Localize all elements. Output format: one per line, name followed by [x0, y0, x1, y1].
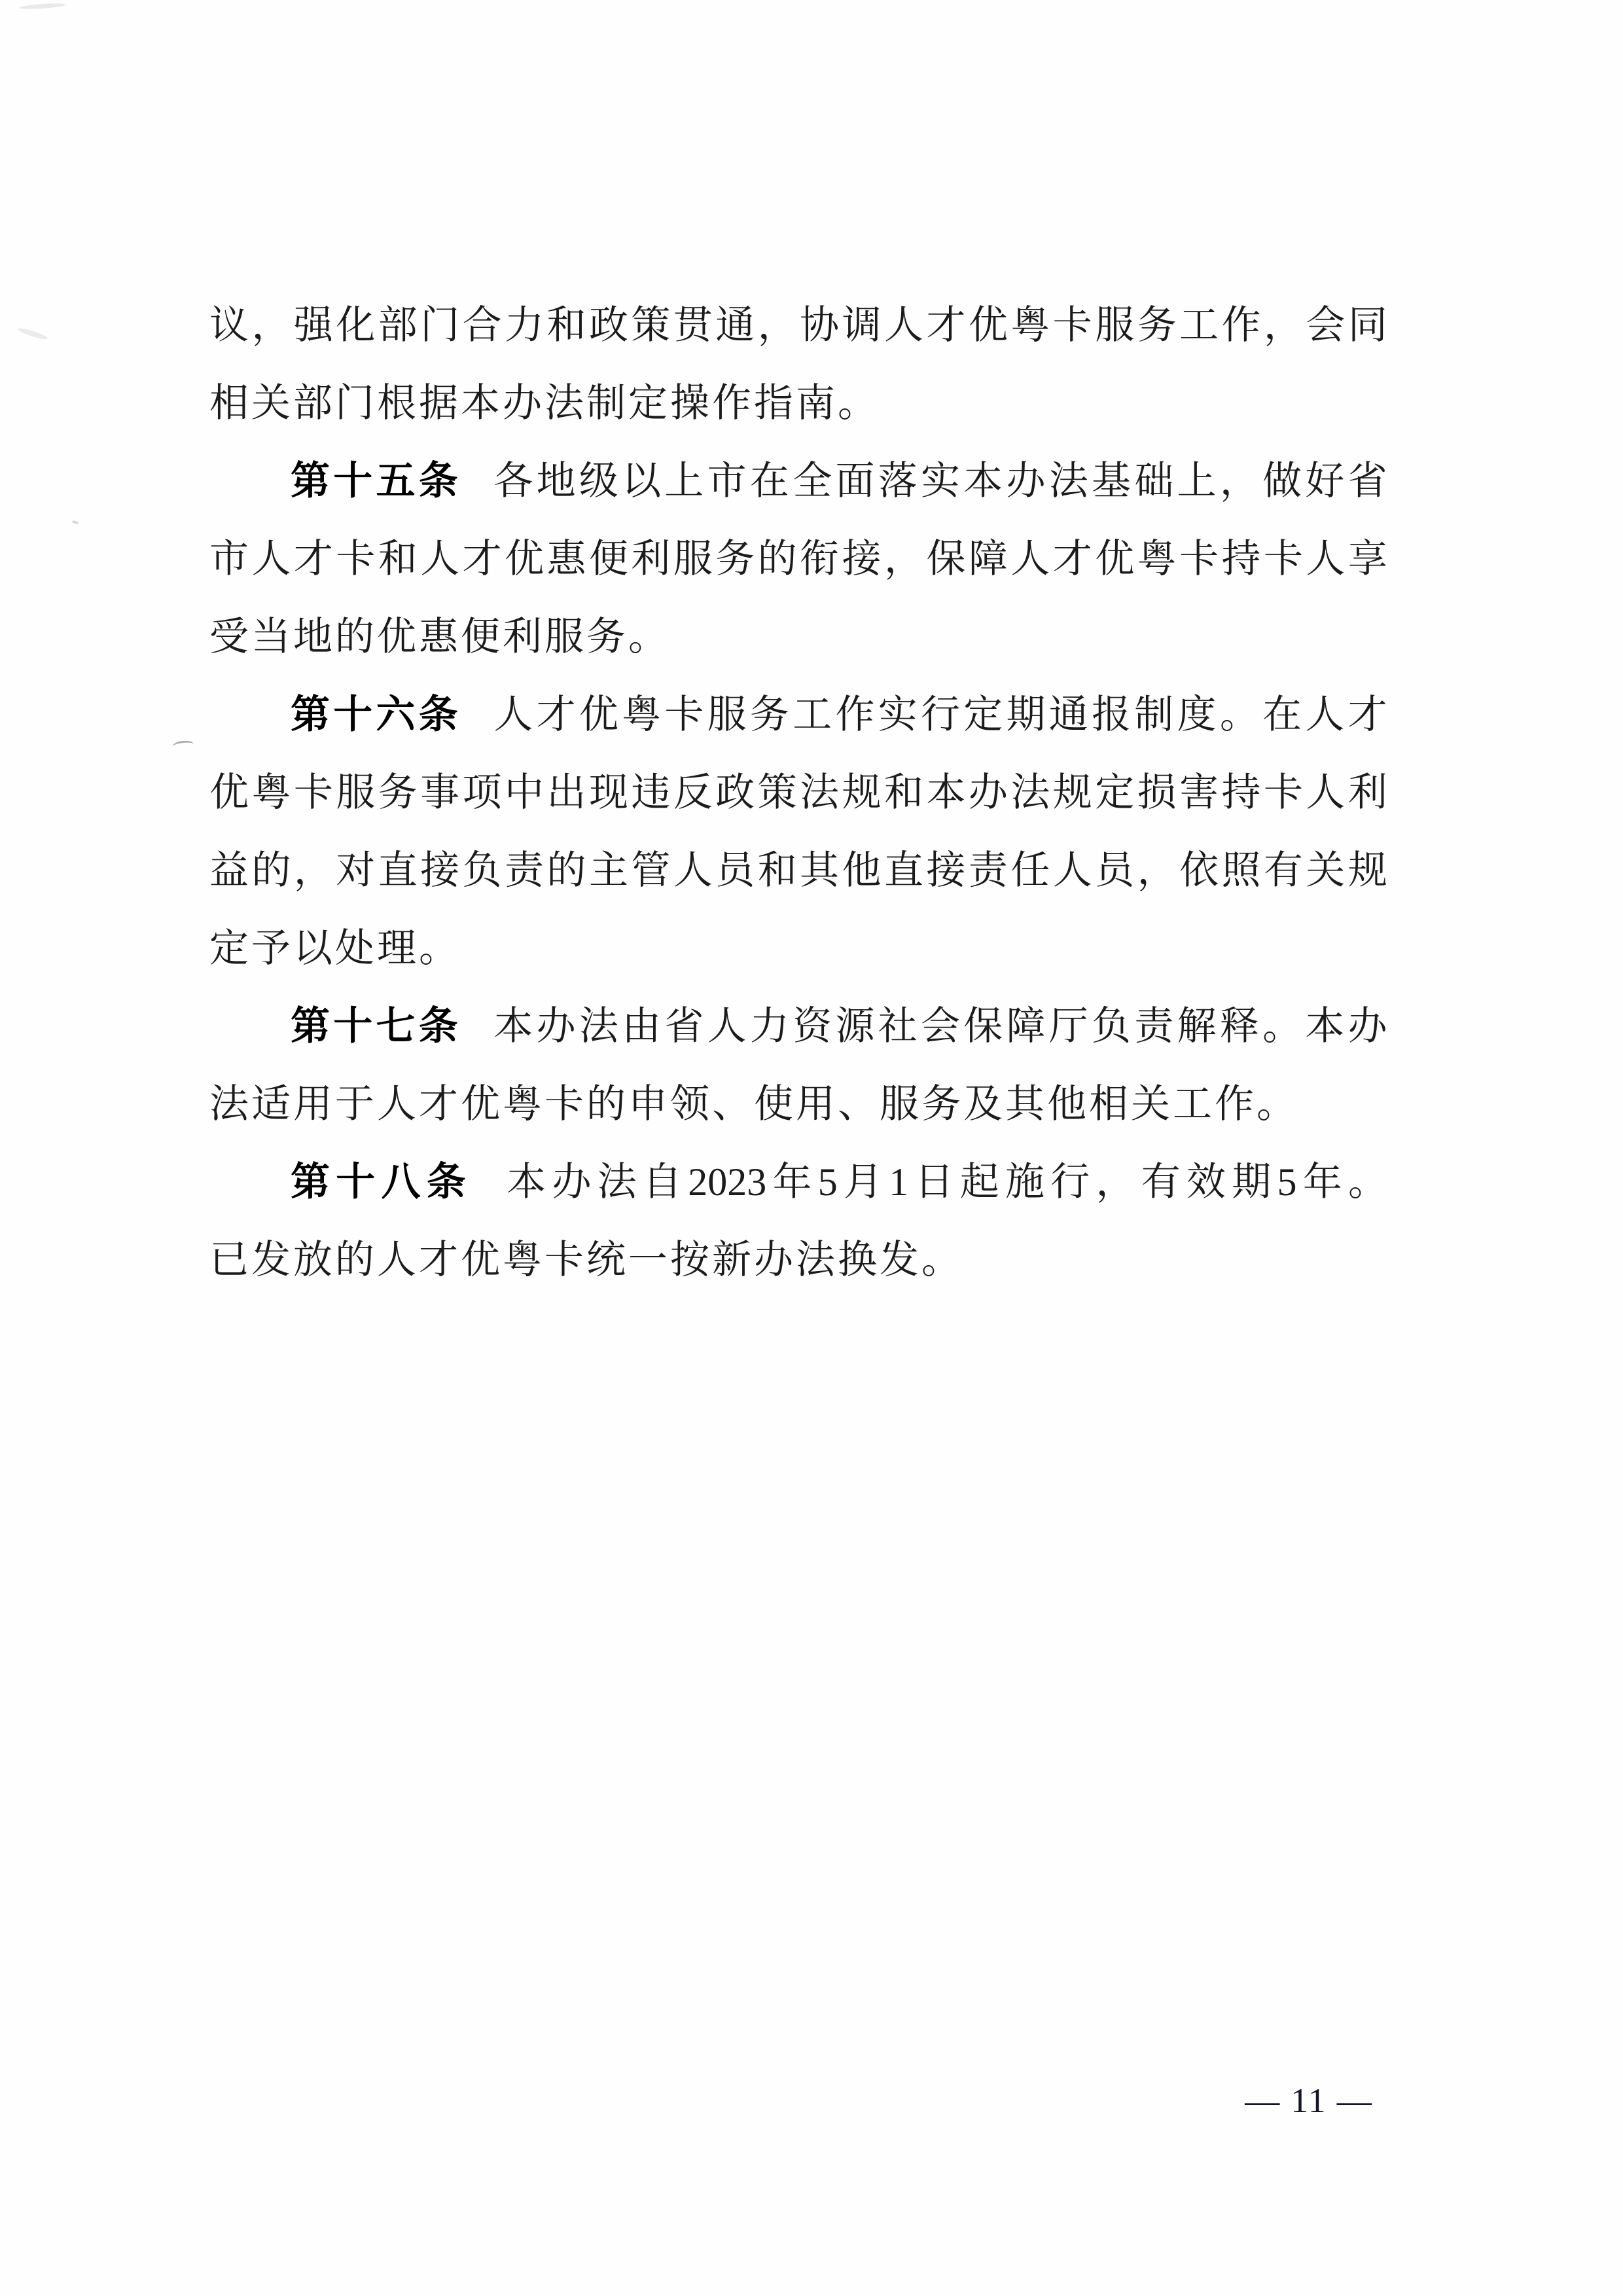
- text-char: 才: [294, 539, 333, 579]
- text-char: 本: [507, 1162, 546, 1202]
- text-char: 。: [1262, 1007, 1302, 1046]
- article-number-char: 条: [419, 695, 458, 734]
- text-char: 持: [1222, 539, 1261, 579]
- text-char: 。: [838, 384, 877, 423]
- text-char: 优: [969, 306, 1008, 345]
- text-char: ，: [1220, 461, 1259, 501]
- text-char: 直: [884, 851, 923, 890]
- text-char: 务: [586, 617, 626, 656]
- text-char: 人: [1306, 773, 1345, 812]
- text-char: 法: [800, 773, 839, 812]
- text-char: 门: [335, 384, 374, 423]
- document-body: 议，强化部门合力和政策贯通，协调人才优粤卡服务工作，会同相关部门根据本办法制定操…: [209, 286, 1387, 1299]
- scan-artifact-corner: [20, 3, 65, 10]
- text-char: 。: [628, 617, 668, 656]
- text-char: 实: [921, 461, 960, 501]
- text-char: 人: [1306, 539, 1345, 579]
- text-char: 报: [1092, 695, 1131, 734]
- text-char: 规: [1348, 851, 1387, 890]
- text-char: 接: [926, 851, 965, 890]
- text-char: 人: [673, 851, 713, 890]
- text-char: 会: [921, 1007, 960, 1046]
- text-char: 以: [293, 929, 332, 968]
- text-char: 作: [1215, 1085, 1254, 1124]
- text-char: 才: [1348, 695, 1387, 734]
- text-char: 惠: [419, 617, 458, 656]
- text-char: 定: [209, 929, 249, 968]
- text-char: 人: [1010, 539, 1050, 579]
- text-char: 对: [336, 851, 375, 890]
- text-char: 卡: [544, 1085, 584, 1124]
- text-char: 法: [1049, 461, 1088, 501]
- text-char: 法: [544, 384, 584, 423]
- text-char: 各: [493, 461, 533, 501]
- text-char: 全: [793, 461, 832, 501]
- text-char: 人: [1053, 851, 1092, 890]
- text-line: 已发放的人才优粤卡统一按新办法换发。: [209, 1221, 1387, 1299]
- text-char: 释: [1220, 1007, 1259, 1046]
- text-char: 相: [209, 384, 249, 423]
- text-char: 害: [1179, 773, 1219, 812]
- text-char: ，: [1137, 851, 1177, 890]
- text-char: 和: [884, 773, 923, 812]
- text-char: 关: [1131, 1085, 1170, 1124]
- article-number-char: 十: [333, 461, 372, 501]
- text-char: 地: [537, 461, 576, 501]
- text-char: 领: [670, 1085, 709, 1124]
- text-char: 人: [251, 539, 291, 579]
- text-char: 保: [963, 1007, 1003, 1046]
- article-number-char: 条: [427, 1162, 466, 1202]
- text-char: 月: [844, 1162, 883, 1202]
- text-char: 人: [1305, 695, 1344, 734]
- text-char: 障: [1007, 1007, 1046, 1046]
- document-page: 议，强化部门合力和政策贯通，协调人才优粤卡服务工作，会同相关部门根据本办法制定操…: [0, 0, 1623, 2296]
- text-char: 本: [1305, 1007, 1344, 1046]
- text-line: 受当地的优惠便利服务。: [209, 598, 1387, 675]
- text-char: 。: [1348, 1162, 1387, 1202]
- article-number-char: 八: [382, 1162, 421, 1202]
- text-char: 协: [800, 306, 839, 345]
- text-char: 申: [628, 1085, 668, 1124]
- text-char: 年: [773, 1162, 812, 1202]
- text-char: 主: [589, 851, 628, 890]
- text-char: 、: [838, 1085, 877, 1124]
- text-char: 强: [294, 306, 333, 345]
- text-char: 用: [293, 1085, 332, 1124]
- text-char: 人: [377, 1240, 416, 1280]
- text-char: 衔: [800, 539, 839, 579]
- text-char: 享: [1348, 539, 1387, 579]
- text-char: 5: [818, 1162, 838, 1202]
- text-char: 地: [293, 617, 332, 656]
- text-char: 上: [664, 461, 704, 501]
- text-char: 以: [622, 461, 661, 501]
- text-char: 省: [1348, 461, 1387, 501]
- article-number-char: 第: [291, 1162, 330, 1202]
- text-char: 定: [628, 384, 668, 423]
- text-char: 作: [712, 384, 751, 423]
- article-number-char: 第: [291, 1007, 330, 1046]
- text-char: 有: [1264, 851, 1303, 890]
- scan-artifact-mark: [172, 740, 194, 750]
- text-line: 第十五条各地级以上市在全面落实本办法基础上，做好省: [209, 442, 1387, 520]
- text-line: 第十七条本办法由省人力资源社会保障厅负责解释。本办: [209, 987, 1387, 1065]
- text-char: ，: [294, 851, 333, 890]
- text-char: ，: [1096, 1162, 1135, 1202]
- text-char: 行: [1050, 1162, 1090, 1202]
- text-char: 粤: [251, 773, 291, 812]
- text-char: 解: [1177, 1007, 1217, 1046]
- text-char: 人: [493, 695, 533, 734]
- text-char: 行: [921, 695, 960, 734]
- text-char: 的: [335, 617, 374, 656]
- text-char: 作: [1222, 306, 1261, 345]
- text-char: 才: [926, 306, 965, 345]
- text-char: 关: [251, 384, 291, 423]
- text-char: 2023: [688, 1162, 766, 1202]
- text-char: 市: [209, 539, 249, 579]
- text-char: 办: [503, 384, 542, 423]
- text-char: 便: [589, 539, 628, 579]
- text-char: 放: [293, 1240, 332, 1280]
- text-char: 法: [597, 1162, 637, 1202]
- text-char: 服: [707, 695, 747, 734]
- text-char: 上: [1177, 461, 1217, 501]
- text-char: 及: [963, 1085, 1003, 1124]
- text-char: 施: [1005, 1162, 1044, 1202]
- text-char: 据: [419, 384, 458, 423]
- article-number-char: 十: [333, 1007, 372, 1046]
- text-char: 门: [420, 306, 459, 345]
- text-char: 的: [586, 1085, 626, 1124]
- text-char: 自: [643, 1162, 682, 1202]
- text-char: 员: [1095, 851, 1134, 890]
- text-char: 力: [750, 1007, 789, 1046]
- text-char: 保: [926, 539, 965, 579]
- text-char: 服: [880, 1085, 919, 1124]
- text-char: 使: [754, 1085, 793, 1124]
- text-line: 相关部门根据本办法制定操作指南。: [209, 364, 1387, 442]
- text-char: 。: [1220, 695, 1259, 734]
- text-char: 础: [1134, 461, 1173, 501]
- text-char: 作: [835, 695, 874, 734]
- text-char: 务: [1137, 306, 1177, 345]
- text-char: 当: [251, 617, 291, 656]
- text-char: 他: [842, 851, 882, 890]
- text-char: 面: [835, 461, 874, 501]
- text-char: 卡: [336, 539, 375, 579]
- text-char: 化: [336, 306, 375, 345]
- text-char: 办: [537, 1007, 576, 1046]
- article-number-char: 十: [336, 1162, 375, 1202]
- text-char: 责: [969, 851, 1008, 890]
- text-char: 期: [1232, 1162, 1271, 1202]
- text-char: 贯: [673, 306, 713, 345]
- text-char: ，: [1264, 306, 1303, 345]
- text-char: 其: [800, 851, 839, 890]
- text-char: ，: [758, 306, 797, 345]
- text-char: 在: [750, 461, 789, 501]
- text-char: 粤: [503, 1085, 542, 1124]
- text-line: 市人才卡和人才优惠便利服务的衔接，保障人才优粤卡持卡人享: [209, 520, 1387, 598]
- text-char: 卡: [1264, 773, 1303, 812]
- text-char: 任: [1010, 851, 1050, 890]
- text-char: 直: [378, 851, 418, 890]
- text-char: 调: [842, 306, 882, 345]
- text-line: 优粤卡服务事项中出现违反政策法规和本办法规定损害持卡人利: [209, 753, 1387, 831]
- text-char: 卡: [294, 773, 333, 812]
- text-char: 卡: [1264, 539, 1303, 579]
- text-char: ，: [251, 306, 291, 345]
- text-char: 在: [1262, 695, 1302, 734]
- text-char: 依: [1179, 851, 1219, 890]
- article-number-char: 条: [419, 1007, 458, 1046]
- text-char: 制: [1134, 695, 1173, 734]
- text-char: 便: [461, 617, 500, 656]
- text-char: 卡: [1179, 539, 1219, 579]
- text-line: 定予以处理。: [209, 909, 1387, 987]
- text-char: 优: [579, 695, 618, 734]
- text-char: 务: [921, 1085, 961, 1124]
- text-char: 才: [419, 1085, 458, 1124]
- text-char: 利: [631, 539, 670, 579]
- text-char: 办: [552, 1162, 592, 1202]
- text-char: 负: [463, 851, 502, 890]
- text-char: 负: [1092, 1007, 1131, 1046]
- text-line: 益的，对直接负责的主管人员和其他直接责任人员，依照有关规: [209, 831, 1387, 909]
- text-char: 实: [878, 695, 918, 734]
- text-char: 一: [628, 1240, 668, 1280]
- text-char: 已: [209, 1240, 249, 1280]
- text-char: 管: [631, 851, 670, 890]
- text-char: 基: [1092, 461, 1131, 501]
- text-char: 优: [209, 773, 249, 812]
- text-char: 卡: [544, 1240, 584, 1280]
- text-char: 优: [505, 539, 544, 579]
- text-char: 粤: [503, 1240, 542, 1280]
- text-char: 本: [493, 1007, 533, 1046]
- article-number-char: 第: [291, 695, 330, 734]
- text-char: 于: [335, 1085, 374, 1124]
- text-char: 。: [419, 929, 458, 968]
- text-char: 定: [1095, 773, 1134, 812]
- text-char: 发: [880, 1240, 919, 1280]
- text-char: 人: [420, 539, 459, 579]
- text-char: 的: [547, 851, 586, 890]
- text-char: 会: [1306, 306, 1345, 345]
- text-char: 的: [251, 851, 291, 890]
- text-char: 部: [293, 384, 332, 423]
- text-char: 的: [335, 1240, 374, 1280]
- text-line: 议，强化部门合力和政策贯通，协调人才优粤卡服务工作，会同: [209, 286, 1387, 364]
- text-char: 通: [715, 306, 755, 345]
- text-char: 益: [209, 851, 249, 890]
- text-char: 规: [1053, 773, 1092, 812]
- text-char: 优: [461, 1085, 500, 1124]
- text-char: 通: [1049, 695, 1088, 734]
- text-char: 责: [505, 851, 544, 890]
- article-number-char: 七: [376, 1007, 416, 1046]
- text-char: 市: [707, 461, 747, 501]
- text-char: 才: [1053, 539, 1092, 579]
- article-number-char: 第: [291, 461, 330, 501]
- text-char: 项: [463, 773, 502, 812]
- text-char: 议: [209, 306, 249, 345]
- text-char: 受: [209, 617, 249, 656]
- text-char: 工: [1179, 306, 1219, 345]
- text-char: 本: [461, 384, 500, 423]
- text-char: 务: [378, 773, 418, 812]
- text-char: 部: [378, 306, 418, 345]
- text-char: 服: [1095, 306, 1134, 345]
- text-char: 好: [1305, 461, 1344, 501]
- text-char: 期: [1007, 695, 1046, 734]
- text-char: 、: [712, 1085, 751, 1124]
- text-char: 法: [579, 1007, 618, 1046]
- text-char: 由: [622, 1007, 661, 1046]
- text-char: 办: [1348, 1007, 1387, 1046]
- text-char: 法: [1010, 773, 1050, 812]
- scan-artifact-smudge: [17, 327, 48, 341]
- text-char: 服: [336, 773, 375, 812]
- text-char: 。: [1257, 1085, 1296, 1124]
- text-char: 反: [673, 773, 713, 812]
- text-char: 才: [419, 1240, 458, 1280]
- text-char: 适: [251, 1085, 291, 1124]
- text-char: 指: [754, 384, 793, 423]
- text-char: 员: [715, 851, 755, 890]
- text-char: 务: [750, 695, 789, 734]
- text-char: 法: [209, 1085, 249, 1124]
- text-char: 效: [1186, 1162, 1226, 1202]
- text-char: 操: [670, 384, 709, 423]
- text-char: 中: [505, 773, 544, 812]
- text-line: 第十八条本办法自2023年5月1日起施行，有效期5年。: [209, 1143, 1387, 1221]
- text-char: 务: [715, 539, 755, 579]
- text-char: 法: [796, 1240, 835, 1280]
- text-char: 5: [1277, 1162, 1297, 1202]
- text-char: 换: [838, 1240, 877, 1280]
- text-char: 责: [1134, 1007, 1173, 1046]
- text-char: 南: [796, 384, 835, 423]
- text-char: 卡: [664, 695, 704, 734]
- text-char: 人: [884, 306, 923, 345]
- text-char: 处: [335, 929, 374, 968]
- text-char: 度: [1177, 695, 1217, 734]
- text-char: 优: [377, 617, 416, 656]
- text-char: 工: [793, 695, 832, 734]
- text-char: 级: [579, 461, 618, 501]
- text-char: 力: [505, 306, 544, 345]
- text-char: 照: [1222, 851, 1261, 890]
- text-char: 利: [503, 617, 542, 656]
- article-number-char: 六: [376, 695, 416, 734]
- text-char: 关: [1306, 851, 1345, 890]
- text-char: 本: [963, 461, 1003, 501]
- text-char: 定: [963, 695, 1003, 734]
- text-char: 违: [631, 773, 670, 812]
- text-char: 本: [926, 773, 965, 812]
- article-number-char: 条: [419, 461, 458, 501]
- text-char: 办: [969, 773, 1008, 812]
- text-char: 持: [1222, 773, 1261, 812]
- text-char: 办: [1007, 461, 1046, 501]
- text-char: 出: [547, 773, 586, 812]
- text-char: 策: [758, 773, 797, 812]
- text-char: 接: [420, 851, 459, 890]
- text-char: 才: [463, 539, 502, 579]
- article-number-char: 五: [376, 461, 416, 501]
- text-char: 起: [960, 1162, 999, 1202]
- text-char: 粤: [622, 695, 661, 734]
- text-char: 事: [420, 773, 459, 812]
- text-char: 服: [544, 617, 584, 656]
- text-char: 的: [758, 539, 797, 579]
- text-char: 人: [707, 1007, 747, 1046]
- text-char: 规: [842, 773, 882, 812]
- text-char: 粤: [1137, 539, 1177, 579]
- text-char: 优: [461, 1240, 500, 1280]
- text-char: 政: [589, 306, 628, 345]
- text-char: 新: [712, 1240, 751, 1280]
- text-char: 粤: [1010, 306, 1050, 345]
- article-number-char: 十: [333, 695, 372, 734]
- text-char: 做: [1262, 461, 1302, 501]
- text-char: 统: [586, 1240, 626, 1280]
- text-char: 发: [251, 1240, 291, 1280]
- text-char: 卡: [1053, 306, 1092, 345]
- text-char: 用: [796, 1085, 835, 1124]
- text-char: 现: [589, 773, 628, 812]
- text-char: 惠: [547, 539, 586, 579]
- text-char: 损: [1137, 773, 1177, 812]
- text-char: 合: [463, 306, 502, 345]
- text-char: 策: [631, 306, 670, 345]
- text-char: 社: [878, 1007, 918, 1046]
- text-char: 制: [586, 384, 626, 423]
- text-char: 厅: [1049, 1007, 1088, 1046]
- text-char: 1: [889, 1162, 908, 1202]
- text-line: 第十六条人才优粤卡服务工作实行定期通报制度。在人才: [209, 675, 1387, 753]
- text-char: 才: [537, 695, 576, 734]
- text-char: 有: [1141, 1162, 1181, 1202]
- text-line: 法适用于人才优粤卡的申领、使用、服务及其他相关工作。: [209, 1065, 1387, 1143]
- text-char: 优: [1095, 539, 1134, 579]
- text-char: 落: [878, 461, 918, 501]
- text-char: 和: [758, 851, 797, 890]
- text-char: 他: [1047, 1085, 1086, 1124]
- text-char: 按: [670, 1240, 709, 1280]
- text-char: 源: [835, 1007, 874, 1046]
- scan-artifact-speck: [72, 520, 79, 524]
- text-char: 办: [754, 1240, 793, 1280]
- text-char: 和: [378, 539, 418, 579]
- text-char: 和: [547, 306, 586, 345]
- text-char: ，: [884, 539, 923, 579]
- text-char: 人: [377, 1085, 416, 1124]
- text-char: 日: [915, 1162, 954, 1202]
- text-char: 服: [673, 539, 713, 579]
- text-char: 相: [1089, 1085, 1128, 1124]
- text-char: 予: [251, 929, 291, 968]
- text-char: 根: [377, 384, 416, 423]
- text-char: 障: [969, 539, 1008, 579]
- text-char: 。: [921, 1240, 961, 1280]
- text-char: 年: [1303, 1162, 1342, 1202]
- text-char: 理: [377, 929, 416, 968]
- text-char: 同: [1348, 306, 1387, 345]
